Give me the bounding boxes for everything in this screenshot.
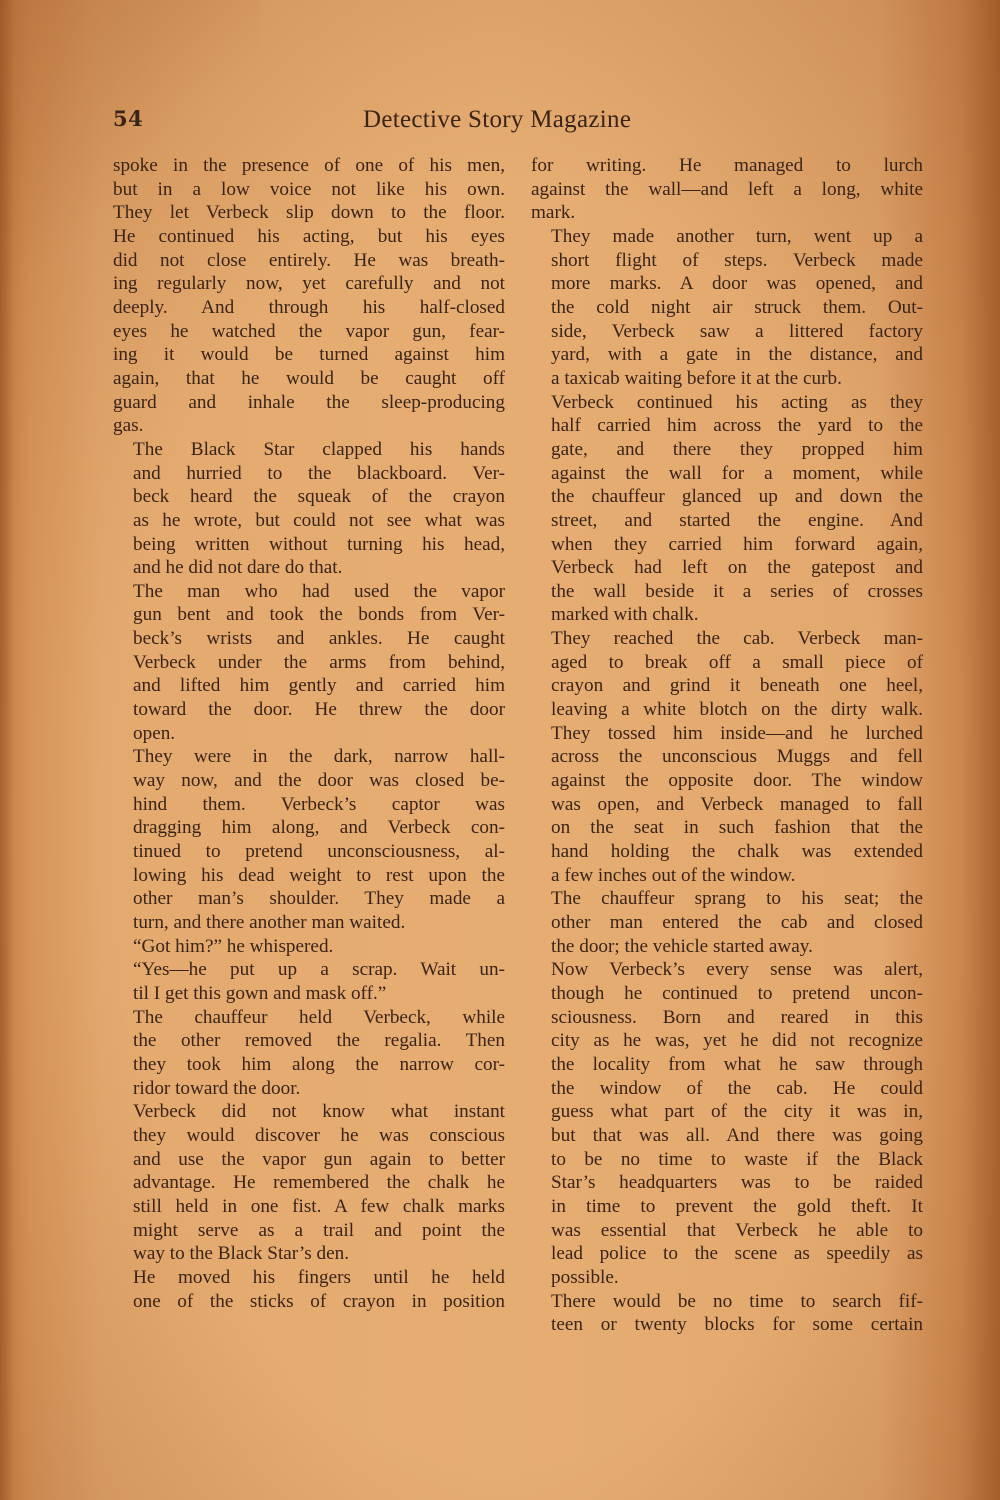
paragraph: There would be no time to search fif-tee… bbox=[531, 1290, 923, 1337]
paragraph: He moved his fingers until he heldone of… bbox=[113, 1266, 505, 1313]
text-line: the window of the cab. He could bbox=[531, 1077, 923, 1101]
text-line: open. bbox=[113, 722, 505, 746]
paragraph: spoke in the presence of one of his men,… bbox=[113, 154, 505, 438]
text-line: but that was all. And there was going bbox=[531, 1124, 923, 1148]
text-line: the locality from what he saw through bbox=[531, 1053, 923, 1077]
text-line: Star’s headquarters was to be raided bbox=[531, 1171, 923, 1195]
text-line: they would discover he was conscious bbox=[113, 1124, 505, 1148]
text-line: way now, and the door was closed be- bbox=[113, 769, 505, 793]
text-line: Verbeck had left on the gatepost and bbox=[531, 556, 923, 580]
text-line: but in a low voice not like his own. bbox=[113, 178, 505, 202]
text-line: They reached the cab. Verbeck man- bbox=[531, 627, 923, 651]
text-line: Verbeck did not know what instant bbox=[113, 1100, 505, 1124]
text-line: in time to prevent the gold theft. It bbox=[531, 1195, 923, 1219]
text-line: lowing his dead weight to rest upon the bbox=[113, 864, 505, 888]
text-line: hand holding the chalk was extended bbox=[531, 840, 923, 864]
text-line: a few inches out of the window. bbox=[531, 864, 923, 888]
text-line: yard, with a gate in the distance, and bbox=[531, 343, 923, 367]
text-line: was open, and Verbeck managed to fall bbox=[531, 793, 923, 817]
text-line: they took him along the narrow cor- bbox=[113, 1053, 505, 1077]
text-line: tinued to pretend unconsciousness, al- bbox=[113, 840, 505, 864]
paragraph: Verbeck did not know what instantthey wo… bbox=[113, 1100, 505, 1266]
text-line: lead police to the scene as speedily as bbox=[531, 1242, 923, 1266]
text-line: aged to break off a small piece of bbox=[531, 651, 923, 675]
paragraph: They made another turn, went up ashort f… bbox=[531, 225, 923, 391]
text-line: teen or twenty blocks for some certain bbox=[531, 1313, 923, 1337]
text-line: They made another turn, went up a bbox=[531, 225, 923, 249]
text-line: sciousness. Born and reared in this bbox=[531, 1006, 923, 1030]
text-line: The man who had used the vapor bbox=[113, 580, 505, 604]
text-line: marked with chalk. bbox=[531, 603, 923, 627]
text-line: advantage. He remembered the chalk he bbox=[113, 1171, 505, 1195]
text-column-right: for writing. He managed to lurchagainst … bbox=[531, 154, 923, 1337]
text-line: “Got him?” he whispered. bbox=[113, 935, 505, 959]
text-line: the other removed the regalia. Then bbox=[113, 1029, 505, 1053]
text-line: They tossed him inside—and he lurched bbox=[531, 722, 923, 746]
text-line: and he did not dare do that. bbox=[113, 556, 505, 580]
text-line: gas. bbox=[113, 414, 505, 438]
paragraph: “Yes—he put up a scrap. Wait un-til I ge… bbox=[113, 958, 505, 1005]
text-line: a taxicab waiting before it at the curb. bbox=[531, 367, 923, 391]
text-line: the cold night air struck them. Out- bbox=[531, 296, 923, 320]
paragraph: Now Verbeck’s every sense was alert,thou… bbox=[531, 958, 923, 1289]
text-line: gun bent and took the bonds from Ver- bbox=[113, 603, 505, 627]
text-line: street, and started the engine. And bbox=[531, 509, 923, 533]
page-header: 54 Detective Story Magazine bbox=[113, 106, 673, 140]
paragraph: The chauffeur held Verbeck, whilethe oth… bbox=[113, 1006, 505, 1101]
binding-edge bbox=[0, 0, 14, 1500]
text-line: might serve as a trail and point the bbox=[113, 1219, 505, 1243]
text-line: way to the Black Star’s den. bbox=[113, 1242, 505, 1266]
text-line: the chauffeur glanced up and down the bbox=[531, 485, 923, 509]
text-line: ridor toward the door. bbox=[113, 1077, 505, 1101]
text-line: as he wrote, but could not see what was bbox=[113, 509, 505, 533]
magazine-page: 54 Detective Story Magazine spoke in the… bbox=[0, 0, 1000, 1500]
text-line: Now Verbeck’s every sense was alert, bbox=[531, 958, 923, 982]
text-line: “Yes—he put up a scrap. Wait un- bbox=[113, 958, 505, 982]
text-line: hind them. Verbeck’s captor was bbox=[113, 793, 505, 817]
text-line: short flight of steps. Verbeck made bbox=[531, 249, 923, 273]
paragraph: Verbeck continued his acting as theyhalf… bbox=[531, 391, 923, 628]
text-line: They were in the dark, narrow hall- bbox=[113, 745, 505, 769]
text-line: He moved his fingers until he held bbox=[113, 1266, 505, 1290]
paragraph: The Black Star clapped his handsand hurr… bbox=[113, 438, 505, 580]
text-line: and hurried to the blackboard. Ver- bbox=[113, 462, 505, 486]
text-line: one of the sticks of crayon in position bbox=[113, 1290, 505, 1314]
text-column-left: spoke in the presence of one of his men,… bbox=[113, 154, 505, 1313]
text-line: toward the door. He threw the door bbox=[113, 698, 505, 722]
text-line: and use the vapor gun again to better bbox=[113, 1148, 505, 1172]
text-line: There would be no time to search fif- bbox=[531, 1290, 923, 1314]
text-line: for writing. He managed to lurch bbox=[531, 154, 923, 178]
text-line: gate, and there they propped him bbox=[531, 438, 923, 462]
text-line: against the wall for a moment, while bbox=[531, 462, 923, 486]
paragraph: The man who had used the vaporgun bent a… bbox=[113, 580, 505, 746]
text-line: when they carried him forward again, bbox=[531, 533, 923, 557]
page-number: 54 bbox=[113, 106, 143, 131]
paragraph: The chauffeur sprang to his seat; theoth… bbox=[531, 887, 923, 958]
text-line: more marks. A door was opened, and bbox=[531, 272, 923, 296]
text-line: still held in one fist. A few chalk mark… bbox=[113, 1195, 505, 1219]
text-line: Verbeck continued his acting as they bbox=[531, 391, 923, 415]
text-line: dragging him along, and Verbeck con- bbox=[113, 816, 505, 840]
paragraph: They reached the cab. Verbeck man-aged t… bbox=[531, 627, 923, 887]
running-title: Detective Story Magazine bbox=[363, 106, 631, 134]
text-line: city as he was, yet he did not recognize bbox=[531, 1029, 923, 1053]
text-line: on the seat in such fashion that the bbox=[531, 816, 923, 840]
text-line: ing it would be turned against him bbox=[113, 343, 505, 367]
text-line: half carried him across the yard to the bbox=[531, 414, 923, 438]
text-line: ing regularly now, yet carefully and not bbox=[113, 272, 505, 296]
text-line: guess what part of the city it was in, bbox=[531, 1100, 923, 1124]
text-line: spoke in the presence of one of his men, bbox=[113, 154, 505, 178]
paragraph: for writing. He managed to lurchagainst … bbox=[531, 154, 923, 225]
text-line: other man entered the cab and closed bbox=[531, 911, 923, 935]
text-line: possible. bbox=[531, 1266, 923, 1290]
text-line: guard and inhale the sleep-producing bbox=[113, 391, 505, 415]
text-line: The chauffeur held Verbeck, while bbox=[113, 1006, 505, 1030]
text-line: side, Verbeck saw a littered factory bbox=[531, 320, 923, 344]
text-line: again, that he would be caught off bbox=[113, 367, 505, 391]
text-line: though he continued to pretend uncon- bbox=[531, 982, 923, 1006]
text-line: turn, and there another man waited. bbox=[113, 911, 505, 935]
text-line: They let Verbeck slip down to the floor. bbox=[113, 201, 505, 225]
text-line: and lifted him gently and carried him bbox=[113, 674, 505, 698]
text-line: the wall beside it a series of crosses bbox=[531, 580, 923, 604]
text-line: til I get this gown and mask off.” bbox=[113, 982, 505, 1006]
text-line: was essential that Verbeck he able to bbox=[531, 1219, 923, 1243]
paragraph: They were in the dark, narrow hall-way n… bbox=[113, 745, 505, 934]
text-line: The chauffeur sprang to his seat; the bbox=[531, 887, 923, 911]
text-line: beck’s wrists and ankles. He caught bbox=[113, 627, 505, 651]
text-line: against the wall—and left a long, white bbox=[531, 178, 923, 202]
text-line: being written without turning his head, bbox=[113, 533, 505, 557]
text-line: other man’s shoulder. They made a bbox=[113, 887, 505, 911]
paragraph: “Got him?” he whispered. bbox=[113, 935, 505, 959]
text-line: leaving a white blotch on the dirty walk… bbox=[531, 698, 923, 722]
text-line: across the unconscious Muggs and fell bbox=[531, 745, 923, 769]
text-line: The Black Star clapped his hands bbox=[113, 438, 505, 462]
text-line: He continued his acting, but his eyes bbox=[113, 225, 505, 249]
text-line: Verbeck under the arms from behind, bbox=[113, 651, 505, 675]
text-line: beck heard the squeak of the crayon bbox=[113, 485, 505, 509]
text-line: eyes he watched the vapor gun, fear- bbox=[113, 320, 505, 344]
text-line: did not close entirely. He was breath- bbox=[113, 249, 505, 273]
text-line: deeply. And through his half-closed bbox=[113, 296, 505, 320]
text-line: crayon and grind it beneath one heel, bbox=[531, 674, 923, 698]
text-line: to be no time to waste if the Black bbox=[531, 1148, 923, 1172]
text-line: against the opposite door. The window bbox=[531, 769, 923, 793]
text-line: mark. bbox=[531, 201, 923, 225]
text-line: the door; the vehicle started away. bbox=[531, 935, 923, 959]
